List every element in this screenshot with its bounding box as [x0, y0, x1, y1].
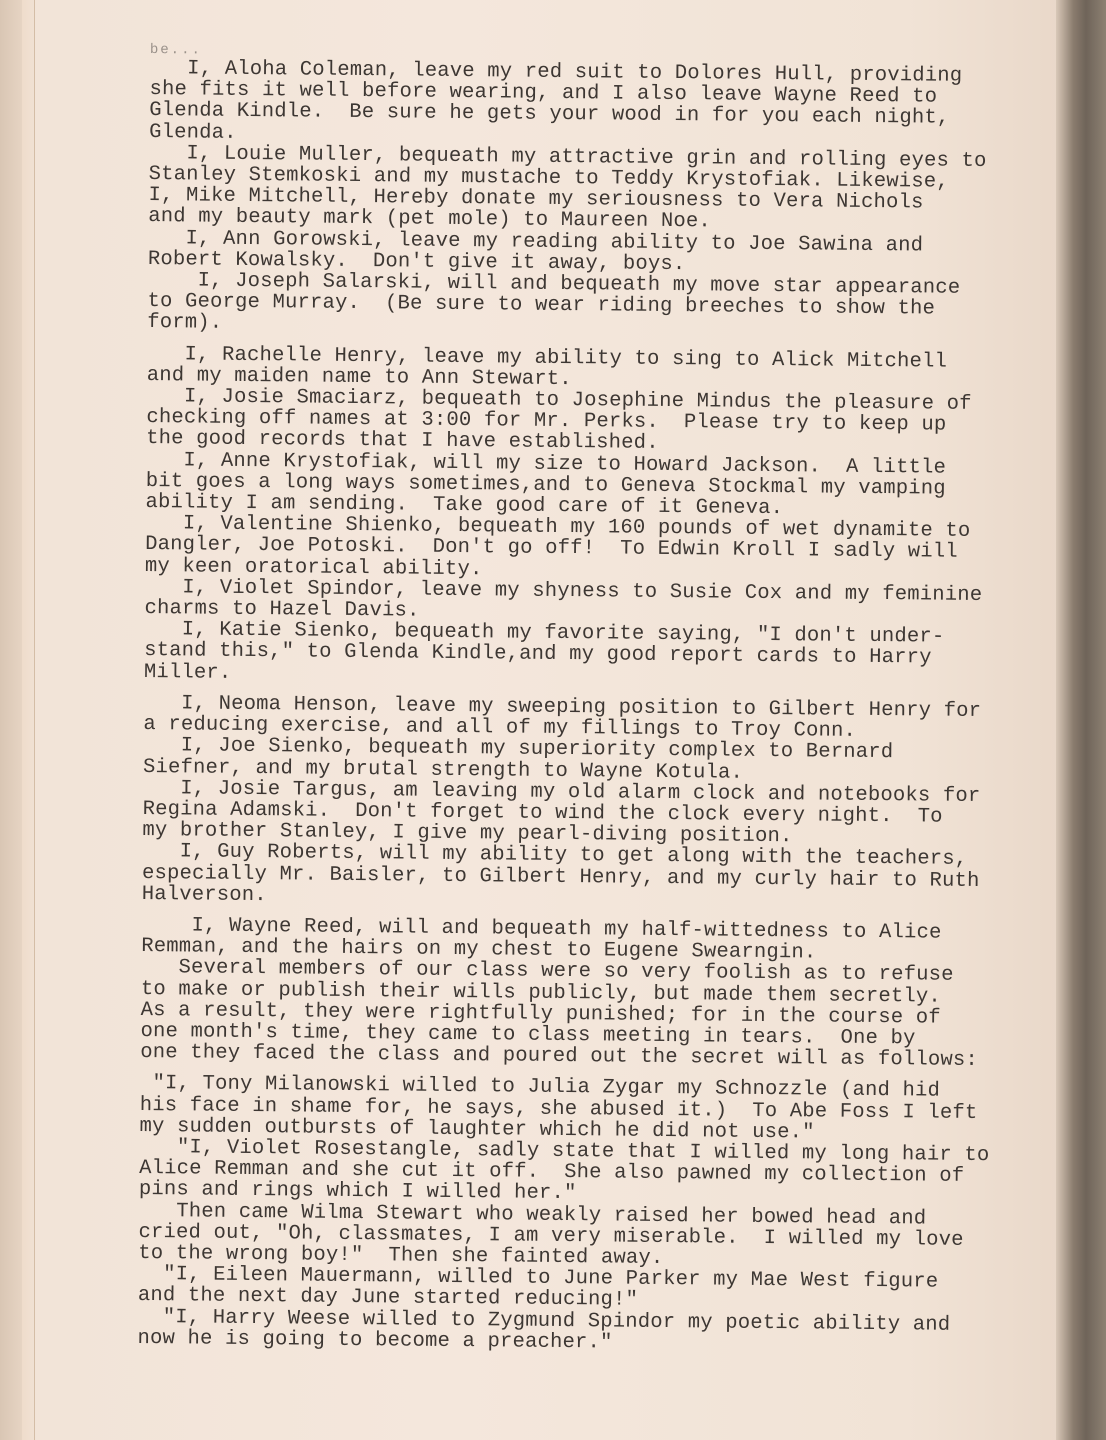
binding-edge: [0, 0, 23, 1440]
will-paragraph: Several members of our class were so ver…: [140, 957, 1021, 1071]
will-paragraph: I, Katie Sienko, bequeath my favorite sa…: [144, 619, 1025, 691]
will-paragraph: I, Guy Roberts, will my ability to get a…: [142, 841, 1023, 913]
will-paragraph: I, Josie Smaciarz, bequeath to Josephine…: [146, 386, 1027, 458]
will-paragraph: "I, Harry Weese willed to Zygmund Spindo…: [137, 1307, 1017, 1358]
will-paragraph: "I, Tony Milanowski willed to Julia Zyga…: [139, 1073, 1020, 1145]
will-paragraph: I, Joseph Salarski, will and bequeath my…: [147, 270, 1028, 342]
will-paragraph: I, Louie Muller, bequeath my attractive …: [148, 143, 1029, 236]
page-fold: [22, 0, 35, 1440]
will-paragraph: I, Aloha Coleman, leave my red suit to D…: [149, 58, 1030, 151]
will-paragraph: I, Valentine Shienko, bequeath my 160 po…: [145, 513, 1026, 585]
document-body: be... I, Aloha Coleman, leave my red sui…: [137, 40, 1030, 1357]
will-paragraph: Then came Wilma Stewart who weakly raise…: [138, 1201, 1019, 1273]
will-paragraph: "I, Violet Rosestangle, sadly state that…: [139, 1137, 1020, 1209]
will-paragraph: I, Anne Krystofiak, will my size to Howa…: [145, 450, 1026, 522]
page-gutter-shadow: [1056, 0, 1106, 1440]
will-paragraph: I, Josie Targus, am leaving my old alarm…: [142, 778, 1023, 850]
